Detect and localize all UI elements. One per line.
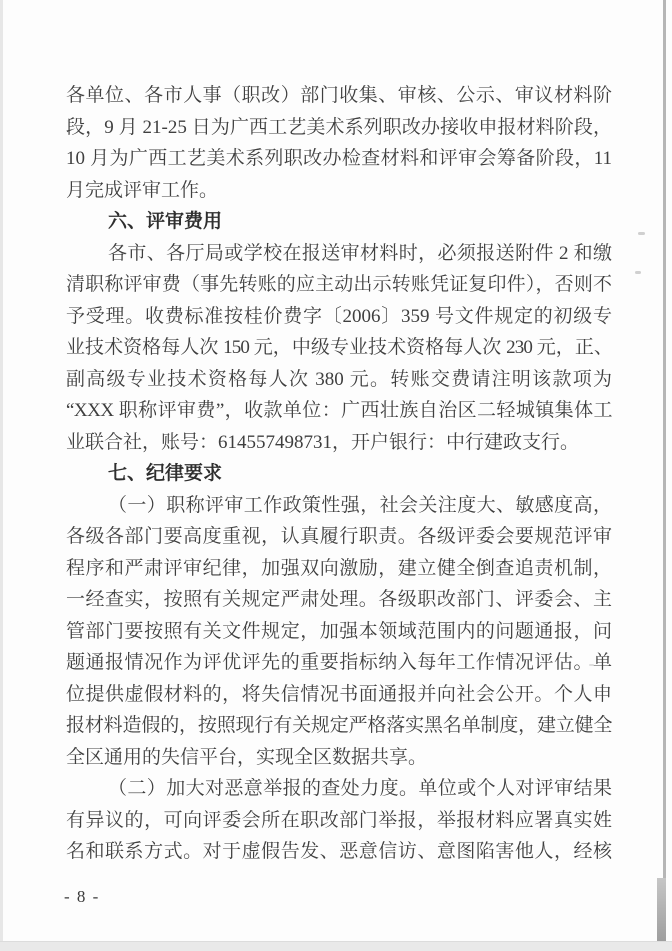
body-line: （一）职称评审工作政策性强，社会关注度大、敏感度高， — [66, 490, 612, 522]
scan-edge-left — [0, 0, 3, 951]
scan-speck — [635, 271, 641, 274]
body-line: 段，9 月 21-25 日为广西工艺美术系列职改办接收申报材料阶段， — [66, 112, 612, 144]
scan-edge-bottom — [0, 941, 672, 951]
page-number: - 8 - — [64, 887, 100, 907]
body-line: 程序和严肃评审纪律，加强双向激励，建立健全倒查追责机制， — [66, 553, 612, 585]
body-line: “XXX 职称评审费”，收款单位：广西壮族自治区二轻城镇集体工 — [66, 395, 612, 427]
body-line: 一经查实，按照有关规定严肃处理。各级职改部门、评委会、主 — [66, 584, 612, 616]
body-line: 各单位、各市人事（职改）部门收集、审核、公示、审议材料阶 — [66, 80, 612, 112]
section-heading-discipline: 七、纪律要求 — [66, 458, 612, 490]
document-body: 各单位、各市人事（职改）部门收集、审核、公示、审议材料阶 段，9 月 21-25… — [66, 80, 612, 868]
body-line: 副高级专业技术资格每人次 380 元。转账交费请注明该款项为 — [66, 364, 612, 396]
body-line: 名和联系方式。对于虚假告发、恶意信访、意图陷害他人，经核 — [66, 836, 612, 868]
body-line: 清职称评审费（事先转账的应主动出示转账凭证复印件），否则不 — [66, 269, 612, 301]
body-line: 报材料造假的，按照现行有关规定严格落实黑名单制度，建立健全 — [66, 710, 612, 742]
scan-edge-right — [663, 0, 666, 951]
body-line: 全区通用的失信平台，实现全区数据共享。 — [66, 742, 612, 774]
scan-edge-right-corner — [657, 878, 666, 941]
body-line: 各市、各厅局或学校在报送审材料时，必须报送附件 2 和缴 — [66, 238, 612, 270]
body-line: 10 月为广西工艺美术系列职改办检查材料和评审会筹备阶段，11 — [66, 143, 612, 175]
body-line: 业技术资格每人次 150 元，中级专业技术资格每人次 230 元，正、 — [66, 332, 612, 364]
body-line: 业联合社，账号：614557498731，开户银行：中行建政支行。 — [66, 427, 612, 459]
body-line: 予受理。收费标准按桂价费字〔2006〕359 号文件规定的初级专 — [66, 301, 612, 333]
body-line: 月完成评审工作。 — [66, 175, 612, 207]
body-line: 各级各部门要高度重视，认真履行职责。各级评委会要规范评审 — [66, 521, 612, 553]
body-line: 题通报情况作为评优评先的重要指标纳入每年工作情况评估。单 — [66, 647, 612, 679]
body-line: 位提供虚假材料的，将失信情况书面通报并向社会公开。个人申 — [66, 679, 612, 711]
body-line: 管部门要按照有关文件规定，加强本领域范围内的问题通报，问 — [66, 616, 612, 648]
body-line: （二）加大对恶意举报的查处力度。单位或个人对评审结果 — [66, 773, 612, 805]
body-line: 有异议的，可向评委会所在职改部门举报，举报材料应署真实姓 — [66, 805, 612, 837]
scan-speck — [638, 232, 645, 235]
section-heading-fees: 六、评审费用 — [66, 206, 612, 238]
scanned-document-page: 各单位、各市人事（职改）部门收集、审核、公示、审议材料阶 段，9 月 21-25… — [0, 0, 672, 951]
